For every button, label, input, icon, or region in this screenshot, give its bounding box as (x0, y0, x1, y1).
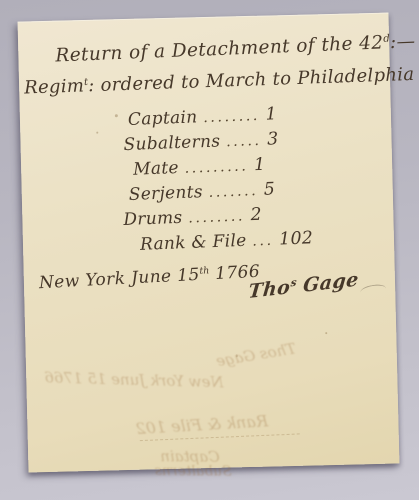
bleedthrough-line: Rank & File 102 (135, 411, 269, 438)
roster-label: Subalterns (123, 131, 220, 155)
paper-speck (236, 354, 238, 357)
title-line-2-end: : ordered to March to Philadelphia (88, 64, 415, 96)
roster-value: 102 (279, 228, 314, 249)
roster-row-rank-and-file: Rank & File ... 102 (140, 228, 314, 255)
manuscript-paper: Return of a Detachment of the 42d:— Regi… (18, 13, 400, 473)
signature-text: Tho (247, 276, 291, 303)
dotted-leader: ....... (208, 183, 258, 201)
roster-row-subalterns: Subalterns ..... 3 (123, 129, 279, 155)
roster-row-captain: Captain ........ 1 (128, 104, 278, 130)
paper-speck (96, 132, 98, 134)
roster-value: 5 (263, 179, 275, 199)
dateline-superscript: th (199, 265, 209, 276)
signature-surname: Gage (295, 268, 360, 297)
roster-label: Serjents (128, 182, 203, 205)
dotted-leader: ... (252, 233, 274, 250)
dotted-leader: ........ (203, 108, 260, 126)
paper-speck (115, 114, 118, 117)
bleedthrough-line: Subalterns (155, 463, 232, 480)
title-line-1-end: :— (390, 31, 416, 53)
bleedthrough-line: New York June 15 1766 (44, 368, 224, 391)
title-line-1: Return of a Detachment of the 42d:— (55, 31, 416, 66)
roster-row-serjents: Serjents ....... 5 (128, 179, 275, 205)
signature-flourish (359, 283, 386, 298)
title-line-1-text: Return of a Detachment of the 42 (55, 32, 384, 66)
bleedthrough-line: Thos Gage (215, 339, 297, 370)
roster-value: 3 (267, 129, 279, 149)
roster-label: Drums (123, 208, 183, 230)
roster-value: 1 (265, 104, 277, 124)
title-line-2-text: Regim (24, 75, 85, 98)
roster-row-drums: Drums ........ 2 (123, 205, 262, 230)
document-photo: Return of a Detachment of the 42d:— Regi… (0, 0, 419, 500)
dotted-leader: ........ (188, 208, 245, 226)
paper-speck (325, 332, 327, 334)
roster-value: 1 (254, 155, 266, 175)
roster-row-mate: Mate ......... 1 (133, 155, 266, 180)
dotted-leader: ......... (184, 158, 248, 176)
title-line-2: Regimt: ordered to March to Philadelphia (24, 64, 415, 99)
signature-thomas-gage: Thos Gage (247, 268, 360, 303)
roster-label: Captain (128, 107, 198, 130)
dotted-leader: ..... (226, 133, 262, 150)
dateline-text: New York June 15 (38, 265, 200, 293)
dateline: New York June 15th 1766 (38, 262, 260, 294)
roster-label: Rank & File (140, 231, 247, 255)
roster-value: 2 (250, 205, 262, 225)
roster-label: Mate (133, 158, 179, 180)
